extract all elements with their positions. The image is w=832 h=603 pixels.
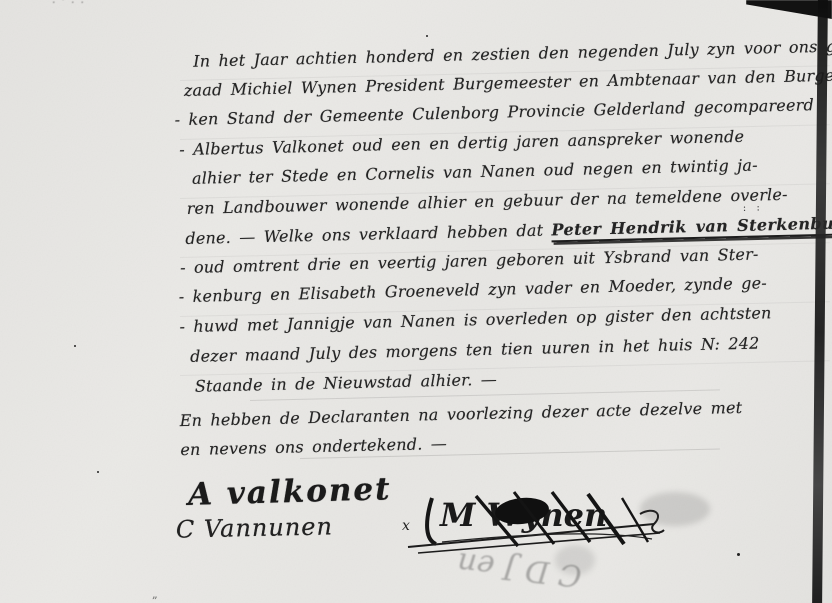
record-line-6: ren Landbouwer wonende alhier en gebuur … <box>186 185 787 218</box>
record-line-1: In het Jaar achtien honderd en zestien d… <box>193 35 832 70</box>
document-scan-page: In het Jaar achtien honderd en zestien d… <box>0 0 832 603</box>
record-line-3: - ken Stand der Gemeente Culenborg Provi… <box>174 95 814 129</box>
cropped-previous-text-marks: ·ʼ·· <box>52 0 90 9</box>
record-line-8: - oud omtrent drie en veertig jaren gebo… <box>180 244 759 277</box>
record-line-11: dezer maand July des morgens ten tien uu… <box>190 334 760 366</box>
record-line-13: En hebben de Declaranten na voorlezing d… <box>179 398 742 430</box>
small-x-mark: x <box>402 518 410 534</box>
ink-speck <box>355 449 357 451</box>
record-line-2: zaad Michiel Wynen President Burgemeeste… <box>184 65 832 100</box>
record-line-14: en nevens ons ondertekend. — <box>180 434 447 459</box>
ink-smudge <box>555 545 595 575</box>
deceased-name-underlined: Peter Hendrik van Sterkenburg <box>551 213 832 242</box>
record-line-5: alhier ter Stede en Cornelis van Nanen o… <box>192 155 758 187</box>
record-line-7: dene. — Welke ons verklaard hebben dat P… <box>185 213 832 248</box>
record-line-12: Staande in de Nieuwstad alhier. — <box>195 370 498 396</box>
record-line-9: - kenburg en Elisabeth Groeneveld zyn va… <box>179 273 768 306</box>
record-line-10: - huwd met Jannigje van Nanen is overled… <box>179 303 771 336</box>
scribble-loop <box>427 498 436 544</box>
ink-speck <box>426 35 428 37</box>
ink-smudge <box>640 492 710 526</box>
record-line-7-text: dene. — Welke ons verklaard hebben dat <box>185 220 552 248</box>
record-text-block: In het Jaar achtien honderd en zestien d… <box>183 37 832 482</box>
signature-van-nanen: C Vannunen <box>176 512 333 543</box>
ink-speck <box>97 471 99 473</box>
signature-valkonet: A valkonet <box>188 471 392 513</box>
ink-speck <box>737 553 740 556</box>
record-line-4: - Albertus Valkonet oud een en dertig ja… <box>179 127 744 159</box>
ink-speck <box>74 345 76 347</box>
bottom-stray-mark: „ <box>152 588 158 601</box>
insertion-marks: : : <box>743 202 762 213</box>
